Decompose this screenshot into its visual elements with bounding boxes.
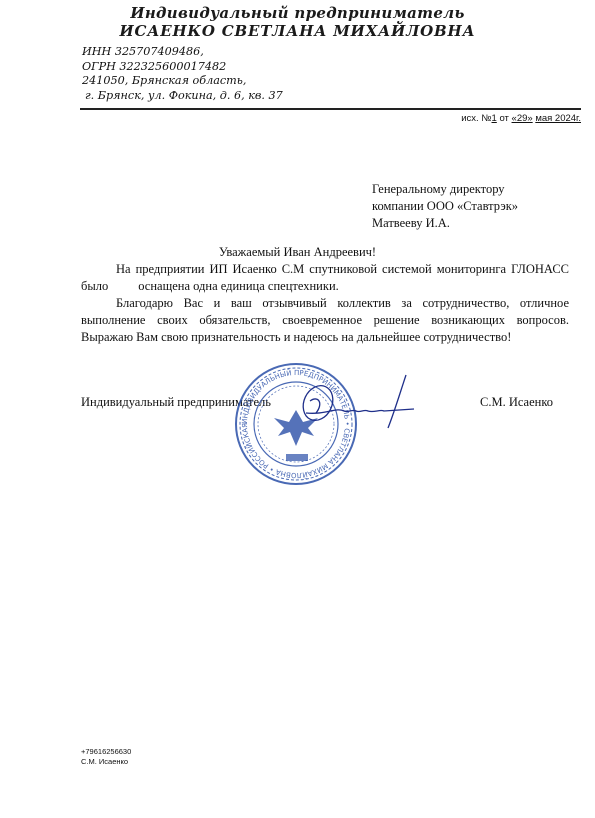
addressee-block: Генеральному директору компании ООО «Ста…	[372, 181, 518, 232]
footer-phone: +79616256630	[81, 747, 131, 757]
addressee-position: Генеральному директору	[372, 181, 518, 198]
letterhead-name: ИСАЕНКО СВЕТЛАНА МИХАЙЛОВНА	[0, 22, 595, 40]
greeting: Уважаемый Иван Андреевич!	[0, 245, 595, 260]
addressee-company: компании ООО «Ставтрэк»	[372, 198, 518, 215]
outgoing-number: исх. №1 от «29» мая 2024г.	[461, 113, 581, 124]
postal-region: 241050, Брянская область,	[82, 74, 283, 89]
footer-contact: +79616256630 С.М. Исаенко	[81, 747, 131, 767]
outgoing-date: мая 2024г.	[535, 113, 581, 124]
letterhead-title: Индивидуальный предприниматель	[0, 4, 595, 22]
footer-name: С.М. Исаенко	[81, 757, 131, 767]
letterhead-requisites: ИНН 325707409486, ОГРН 322325600017482 2…	[82, 45, 283, 103]
addressee-name: Матвееву И.А.	[372, 215, 518, 232]
body-paragraph-1: На предприятии ИП Исаенко С.М спутниково…	[81, 261, 569, 295]
outgoing-number-value: 1	[492, 113, 497, 124]
signature-name: С.М. Исаенко	[480, 395, 553, 410]
body-paragraph-2: Благодарю Вас и ваш отзывчивый коллектив…	[81, 295, 569, 346]
outgoing-day: «29»	[512, 113, 533, 124]
handwritten-signature	[296, 373, 416, 433]
inn: ИНН 325707409486,	[82, 45, 283, 60]
ogrn: ОГРН 322325600017482	[82, 60, 283, 75]
header-divider	[80, 108, 581, 110]
street-address: г. Брянск, ул. Фокина, д. 6, кв. 37	[82, 89, 283, 104]
